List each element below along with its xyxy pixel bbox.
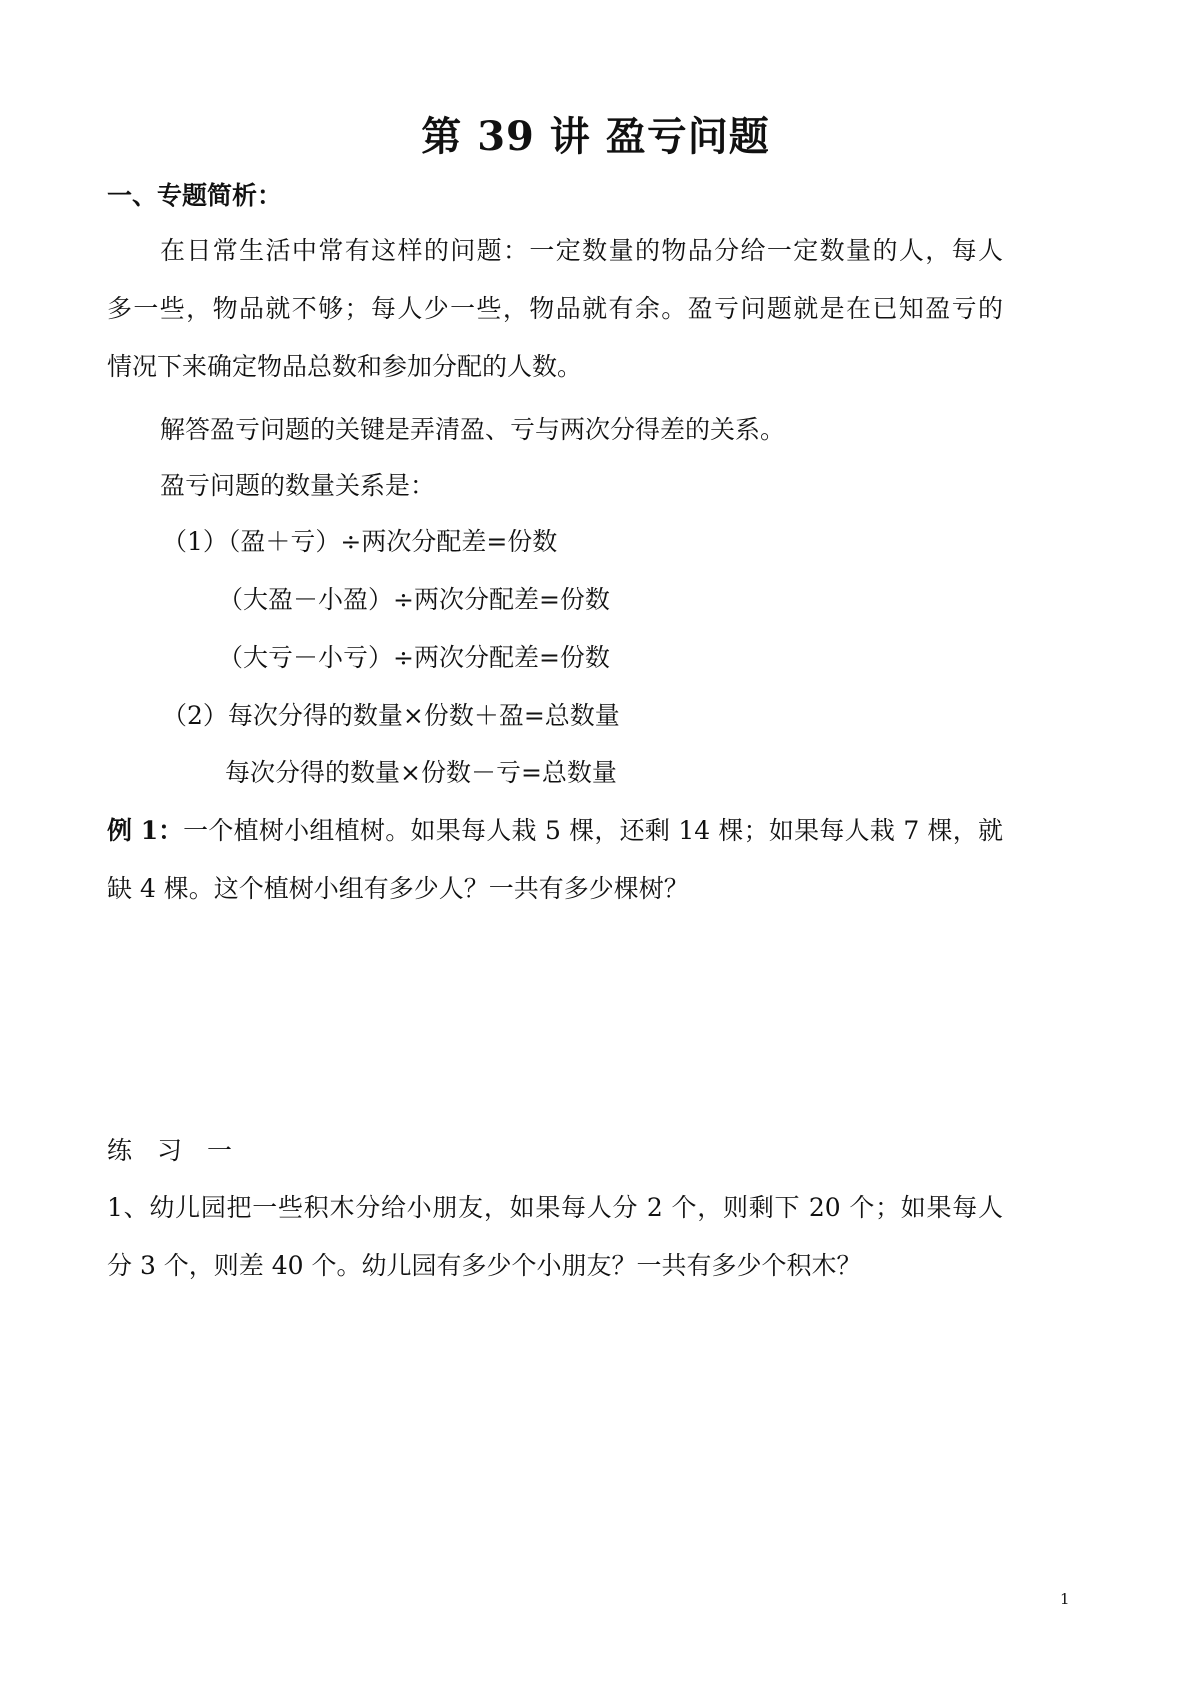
intro-paragraph-line-2: 多一些，物品就不够；每人少一些，物品就有余。盈亏问题就是在已知盈亏的 bbox=[107, 291, 1003, 327]
key-paragraph: 解答盈亏问题的关键是弄清盈、亏与两次分得差的关系。 bbox=[160, 412, 785, 448]
page-title: 第 39 讲 盈亏问题 bbox=[0, 112, 1191, 162]
relation-intro: 盈亏问题的数量关系是： bbox=[160, 468, 435, 504]
practice-heading: 练 习 一 bbox=[107, 1133, 232, 1169]
practice-question-1-line-2: 分 3 个，则差 40 个。幼儿园有多少个小朋友？一共有多少个积木？ bbox=[107, 1248, 862, 1284]
formula-2b: 每次分得的数量×份数－亏=总数量 bbox=[225, 755, 617, 791]
formula-1: （1）（盈＋亏）÷两次分配差=份数 bbox=[162, 524, 557, 560]
formula-1c: （大亏－小亏）÷两次分配差=份数 bbox=[218, 640, 610, 676]
example-1-line-1: 例 1： 一个植树小组植树。如果每人栽 5 棵，还剩 14 棵；如果每人栽 7 … bbox=[107, 813, 1003, 849]
page-number: 1 bbox=[1060, 1590, 1070, 1608]
formula-2: （2）每次分得的数量×份数＋盈=总数量 bbox=[162, 698, 620, 734]
example-1-label: 例 1： bbox=[107, 813, 183, 849]
example-1-text: 一个植树小组植树。如果每人栽 5 棵，还剩 14 棵；如果每人栽 7 棵，就 bbox=[183, 813, 1003, 849]
intro-paragraph-line-1: 在日常生活中常有这样的问题：一定数量的物品分给一定数量的人，每人 bbox=[160, 233, 1003, 269]
practice-question-1-line-1: 1、幼儿园把一些积木分给小朋友，如果每人分 2 个，则剩下 20 个；如果每人 bbox=[107, 1190, 1003, 1226]
example-1-line-2: 缺 4 棵。这个植树小组有多少人？一共有多少棵树？ bbox=[107, 871, 689, 907]
formula-1b: （大盈－小盈）÷两次分配差=份数 bbox=[218, 582, 610, 618]
intro-paragraph-line-3: 情况下来确定物品总数和参加分配的人数。 bbox=[107, 349, 582, 385]
section-heading: 一、专题简析： bbox=[107, 178, 282, 214]
